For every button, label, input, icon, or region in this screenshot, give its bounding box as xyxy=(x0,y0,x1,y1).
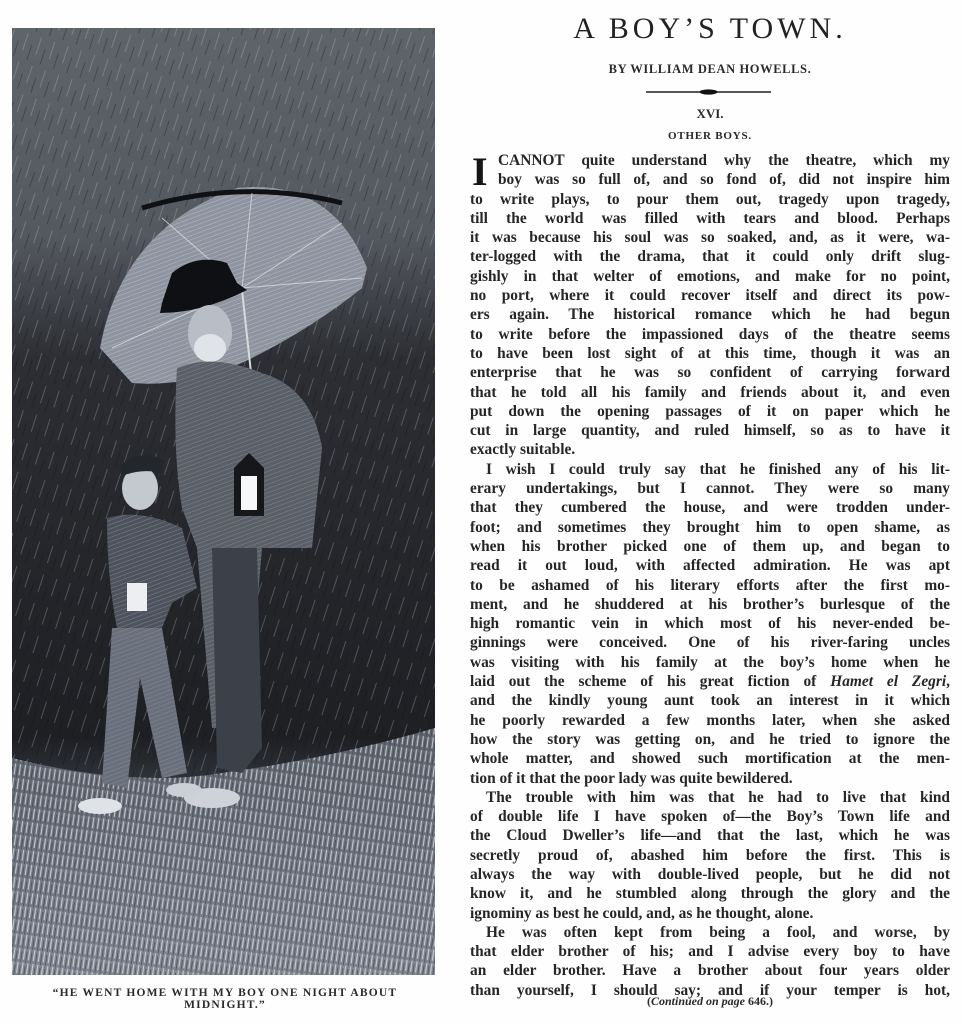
text-line: ers again. The historical romance which … xyxy=(470,305,950,324)
caption-line-1: “HE WENT HOME WITH MY BOY ONE NIGHT ABOU… xyxy=(10,987,440,999)
author-byline: BY WILLIAM DEAN HOWELLS. xyxy=(470,62,950,77)
text-line: boy was so full of, and so fond of, did … xyxy=(470,170,950,189)
text-line: The trouble with him was that he had to … xyxy=(470,788,950,807)
article-title: A BOY’S TOWN. xyxy=(470,12,950,46)
text-line: know it, and he stumbled along through t… xyxy=(470,884,950,903)
text-line: no port, where it could recover itself a… xyxy=(470,286,950,305)
text-line: of double life I have spoken of—the Boy’… xyxy=(470,807,950,826)
text-line: always the way with double-lived people,… xyxy=(470,865,950,884)
continued-on-page-note: (Continued on page 646.) xyxy=(470,994,950,1009)
rainy-night-scene-image xyxy=(12,28,435,975)
text-line: foot; and sometimes they brought him to … xyxy=(470,518,950,537)
text-line: when his brother picked one of them up, … xyxy=(470,537,950,556)
text-line: to be ashamed of his literary efforts af… xyxy=(470,576,950,595)
text-line: that elder brother of his; and I advise … xyxy=(470,942,950,961)
illustration-caption: “HE WENT HOME WITH MY BOY ONE NIGHT ABOU… xyxy=(10,987,440,1011)
text-segment: laid out the scheme of his great fiction… xyxy=(470,673,830,690)
caption-line-2: MIDNIGHT.” xyxy=(10,999,440,1011)
text-line: high romantic vein in which most of his … xyxy=(470,614,950,633)
text-line: read it out loud, with affected admirati… xyxy=(470,556,950,575)
engraving-illustration xyxy=(12,28,435,975)
text-line: that he told all his family and friends … xyxy=(470,383,950,402)
article-body: I CANNOT quite understand why the theatr… xyxy=(470,151,950,1000)
text-line: to have been lost sight of at this time,… xyxy=(470,344,950,363)
text-line: ter-logged with the drama, that it could… xyxy=(470,247,950,266)
text-line: was visiting with his family at the boy’… xyxy=(470,653,950,672)
text-line: to write before the impassioned days of … xyxy=(470,325,950,344)
continued-page-number: 646 xyxy=(748,994,766,1008)
text-line: ginnings were conceived. One of his rive… xyxy=(470,633,950,652)
text-line: the Cloud Dweller’s life—and that the la… xyxy=(470,826,950,845)
text-line: it was because his soul was so soaked, a… xyxy=(470,228,950,247)
text-line: I wish I could truly say that he finishe… xyxy=(470,460,950,479)
text-line: ment, and he shuddered at his brother’s … xyxy=(470,595,950,614)
ornamental-rule-icon xyxy=(646,89,771,95)
drop-cap: I xyxy=(472,155,488,189)
text-line: put down the opening passages of it on p… xyxy=(470,402,950,421)
paren-close: .) xyxy=(766,994,773,1008)
chapter-number: XVI. xyxy=(470,106,950,122)
text-line: and the kindly young aunt took an intere… xyxy=(470,691,950,710)
text-line: ignominy as best he could, and, as he th… xyxy=(470,904,950,923)
text-line: whole matter, and showed such mortificat… xyxy=(470,749,950,768)
text-line: CANNOT quite understand why the theatre,… xyxy=(470,151,950,170)
text-line: how the story was getting on, and he tri… xyxy=(470,730,950,749)
text-line: to write plays, to pour them out, traged… xyxy=(470,190,950,209)
text-line: he poorly rewarded a few months later, w… xyxy=(470,711,950,730)
text-line: gishly in that welter of emotions, and m… xyxy=(470,267,950,286)
text-segment: , xyxy=(946,673,950,690)
text-line: that they cumbered the house, and were t… xyxy=(470,498,950,517)
italic-work-title: Hamet el Zegri xyxy=(830,673,946,690)
text-line: He was often kept from being a fool, and… xyxy=(470,923,950,942)
continued-label: Continued on page xyxy=(651,994,745,1008)
text-line: enterprise that he was so confident of c… xyxy=(470,363,950,382)
text-line: erary undertakings, but I cannot. They w… xyxy=(470,479,950,498)
text-line: tion of it that the poor lady was quite … xyxy=(470,769,950,788)
text-line: exactly suitable. xyxy=(470,440,950,459)
chapter-title: OTHER BOYS. xyxy=(470,130,950,142)
text-line: secretly proud of, abashed him before th… xyxy=(470,846,950,865)
text-line: an elder brother. Have a brother about f… xyxy=(470,961,950,980)
text-line: cut in large quantity, and ruled himself… xyxy=(470,421,950,440)
text-line-with-italic: laid out the scheme of his great fiction… xyxy=(470,672,950,691)
text-line: till the world was filled with tears and… xyxy=(470,209,950,228)
